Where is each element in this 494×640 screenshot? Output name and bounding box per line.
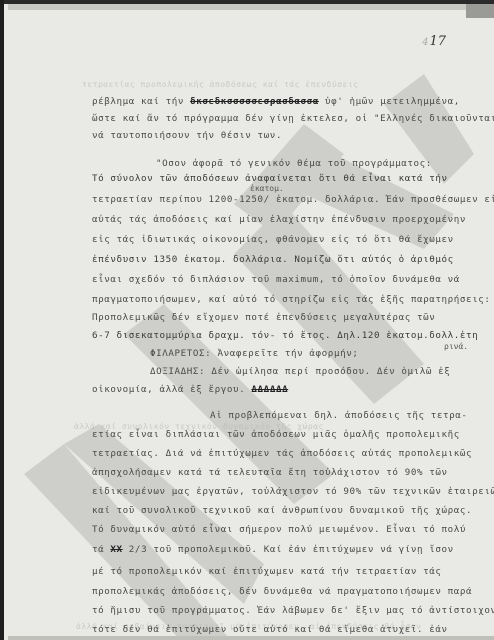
text-segment: τά	[92, 544, 110, 555]
page-number: 417	[422, 34, 446, 49]
insert-text: ρινά.	[444, 342, 468, 351]
page-bottom-edge	[8, 636, 494, 640]
page-top-strip	[8, 4, 494, 10]
text-line-10: εἶναι σχεδόν τό διπλάσιον τοῦ maximum, τ…	[92, 274, 460, 285]
text-line-22: εἰδικευμένων μας ἐργατῶν, τοὐλάχιστον τό…	[92, 486, 494, 497]
text-line-21: ἀπησχολήσαμεν κατά τά τελευταῖα ἔτη τοὐλ…	[92, 467, 448, 478]
struck-out-text: ΔΔΔΔΔΔ	[251, 384, 288, 395]
text-segment: ὑφ' ἡμῶν μετειλημμένα,	[319, 96, 460, 107]
text-line-5: Τό σύνολον τῶν ἀποδόσεων ἀναφαίνεται ὅτι…	[92, 173, 448, 184]
text-line-9: ἐπένδυσιν 1350 ἑκατομ. δολλάρια. Νομίζω …	[92, 254, 454, 265]
text-line-18: Αἱ προβλεπόμεναι δηλ. ἀποδόσεις τῆς τετρ…	[210, 410, 468, 421]
insert-text: ἑκατομ.	[250, 184, 284, 193]
text-line-8: εἰς τάς ἰδιωτικάς οἰκονομίας, φθάνομεν ε…	[92, 234, 454, 245]
text-line-26: μέ τό προπολεμικόν καί ἐπιτύχωμεν κατά τ…	[92, 566, 442, 577]
text-segment: 2/3 τοῦ προπολεμικοῦ. Καί ἐάν ἐπιτύχωμεν…	[123, 544, 454, 555]
text-line-1: ρέβλημα καί τήν δκσεδκσσσσσεσρασδασσα ὑφ…	[92, 96, 460, 107]
text-line-11: πραγματοποιήσωμεν, καί αὐτό τό στηρίζω ε…	[92, 294, 491, 305]
bleed-through-text: τετραετίας προπολεμικής ἀποδόσεως καί τά…	[82, 80, 358, 89]
text-line-25: τά ΧΧ 2/3 τοῦ προπολεμικοῦ. Καί ἐάν ἐπιτ…	[92, 544, 454, 555]
text-line-2: ὥστε καί ἄν τό πρόγραμμα δέν γίνῃ ἐκτελε…	[92, 113, 494, 124]
text-line-7: αὐτάς τάς ἀποδόσεις καί μίαν ἐλαχίστην ἐ…	[92, 214, 466, 225]
text-line-12: Προπολεμικῶς δέν εἴχομεν ποτέ ἐπενδύσεις…	[92, 312, 435, 323]
text-segment: ρέβλημα καί τήν	[92, 96, 190, 107]
text-line-19: ετίας εἶναι διπλάσιαι τῶν ἀποδόσεων μιᾶς…	[92, 429, 460, 440]
text-line-3: νά ταυτοποιήσουν τήν θέσιν των.	[92, 130, 282, 141]
text-segment: οἰκονομία, ἀλλά ἐξ ἔργου.	[92, 384, 251, 395]
text-line-4: "Οσον ἀφορᾶ τό γενικόν θέμα τοῦ προγράμμ…	[156, 158, 432, 169]
struck-out-text: δκσεδκσσσσσεσρασδασσα	[190, 96, 319, 107]
text-line-29: τότε δέν θά ἐπιτύχωμεν οὔτε αὐτό καί θά …	[92, 624, 448, 635]
text-line-6: τετραετίαν περίπου 1200-1250/ ἑκατομ. δο…	[92, 194, 494, 205]
text-line-27: προπολεμικάς ἀποδόσεις, δέν δυνάμεθα νά …	[92, 586, 472, 597]
page-number-faint: 4	[422, 37, 428, 48]
text-line-20: τετραετίας. Διά νά ἐπιτύχωμεν τάς ἀποδόσ…	[92, 448, 472, 459]
text-line-17: οἰκονομία, ἀλλά ἐξ ἔργου. ΔΔΔΔΔΔ	[92, 384, 288, 395]
text-line-23: καί τοῦ συνολικοῦ τεχνικοῦ καί ἀνθρωπίνο…	[92, 505, 472, 516]
page-corner-fold	[466, 4, 494, 18]
speaker-line-doxiadis: ΔΟΞΙΑΔΗΣ: Δέν ὡμίλησα περί προσόδου. Δέν…	[150, 366, 450, 377]
page-number-value: 17	[429, 34, 446, 49]
text-line-24: Τό δυναμικόν αὐτό εἶναι σήμερον πολύ μει…	[92, 524, 466, 535]
document-page: 417 τετραετίας προπολεμικής ἀποδόσεως κα…	[4, 4, 494, 640]
speaker-line-filaretos: ΦΙΛΑΡΕΤΟΣ: Ἀναφερεῖτε τήν ἀφορμήν;	[150, 348, 358, 359]
text-line-28: τό ἥμισυ τοῦ προγράμματος. Ἐάν λάβωμεν δ…	[92, 605, 494, 616]
struck-out-text: ΧΧ	[110, 544, 122, 555]
text-line-13: 6-7 δισεκατομμύρια δραχμ. τόν- τό ἔτος. …	[92, 330, 478, 341]
